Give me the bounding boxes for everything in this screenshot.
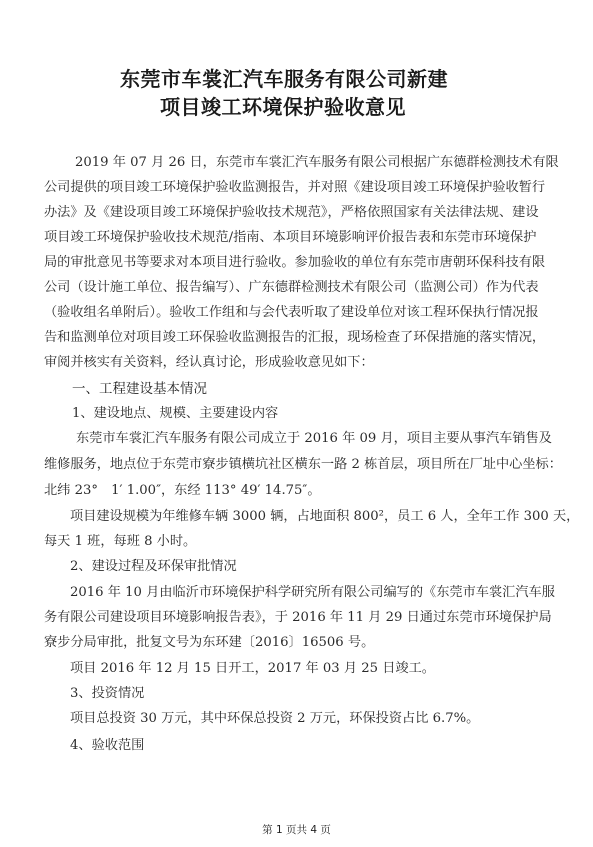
intro-line: 局的审批意见书等要求对本项目进行验收。参加验收的单位有东莞市唐朝环保科技有限	[44, 254, 527, 272]
page-indicator: 第 1 页共 4 页	[0, 822, 593, 837]
document-title-line1: 东莞市车裳汇汽车服务有限公司新建	[120, 63, 448, 92]
intro-line: 公司提供的项目竣工环境保护验收监测报告，并对照《建设项目竣工环境保护验收暂行	[44, 179, 527, 197]
body-line: 东莞市车裳汇汽车服务有限公司成立于 2016 年 09 月，项目主要从事汽车销售…	[76, 430, 527, 448]
intro-line: 公司（设计施工单位、报告编写）、广东德群检测技术有限公司（监测公司）作为代表	[44, 279, 527, 297]
body-line: 务有限公司建设项目环境影响报告表》，于 2016 年 11 月 29 日通过东莞…	[44, 609, 527, 627]
intro-line: 告和监测单位对项目竣工环保验收监测报告的汇报，现场检查了环保措施的落实情况，	[44, 329, 527, 347]
subsection-heading: 2、建设过程及环保审批情况	[70, 558, 237, 576]
body-line: 项目总投资 30 万元，其中环保总投资 2 万元，环保投资占比 6.7%。	[70, 710, 479, 728]
document-page: 东莞市车裳汇汽车服务有限公司新建 项目竣工环境保护验收意见 2019 年 07 …	[0, 0, 593, 847]
body-line: 寮步分局审批，批复文号为东环建〔2016〕16506 号。	[44, 634, 374, 652]
subsection-heading: 3、投资情况	[70, 685, 144, 703]
body-line: 维修服务，地点位于东莞市寮步镇横坑社区横东一路 2 栋首层，项目所在厂址中心坐标…	[44, 456, 527, 474]
intro-line: 2019 年 07 月 26 日，东莞市车裳汇汽车服务有限公司根据广东德群检测技…	[75, 154, 527, 172]
body-line: 项目建设规模为年维修车辆 3000 辆，占地面积 800²，员工 6 人，全年工…	[70, 508, 527, 526]
subsection-heading: 1、建设地点、规模、主要建设内容	[72, 405, 278, 423]
intro-line: 项目竣工环境保护验收技术规范/指南、本项目环境影响评价报告表和东莞市环境保护	[44, 229, 527, 247]
document-title-line2: 项目竣工环境保护验收意见	[160, 91, 406, 120]
subsection-heading: 4、验收范围	[70, 737, 144, 755]
intro-line: 办法》及《建设项目竣工环境保护验收技术规范》，严格依照国家有关法律法规、建设	[44, 204, 527, 222]
section-heading: 一、工程建设基本情况	[72, 380, 207, 398]
body-line: 每天 1 班，每班 8 小时。	[44, 533, 196, 551]
body-line: 2016 年 10 月由临沂市环境保护科学研究所有限公司编写的《东莞市车裳汇汽车…	[70, 584, 527, 602]
body-line: 项目 2016 年 12 月 15 日开工，2017 年 03 月 25 日竣工…	[70, 660, 435, 678]
intro-line: 审阅并核实有关资料，经认真讨论，形成验收意见如下：	[44, 354, 374, 372]
intro-line: （验收组名单附后）。验收工作组和与会代表听取了建设单位对该工程环保执行情况报	[44, 304, 527, 322]
coordinates-line: 北纬 23° 1′ 1.00″，东经 113° 49′ 14.75″。	[44, 482, 321, 500]
